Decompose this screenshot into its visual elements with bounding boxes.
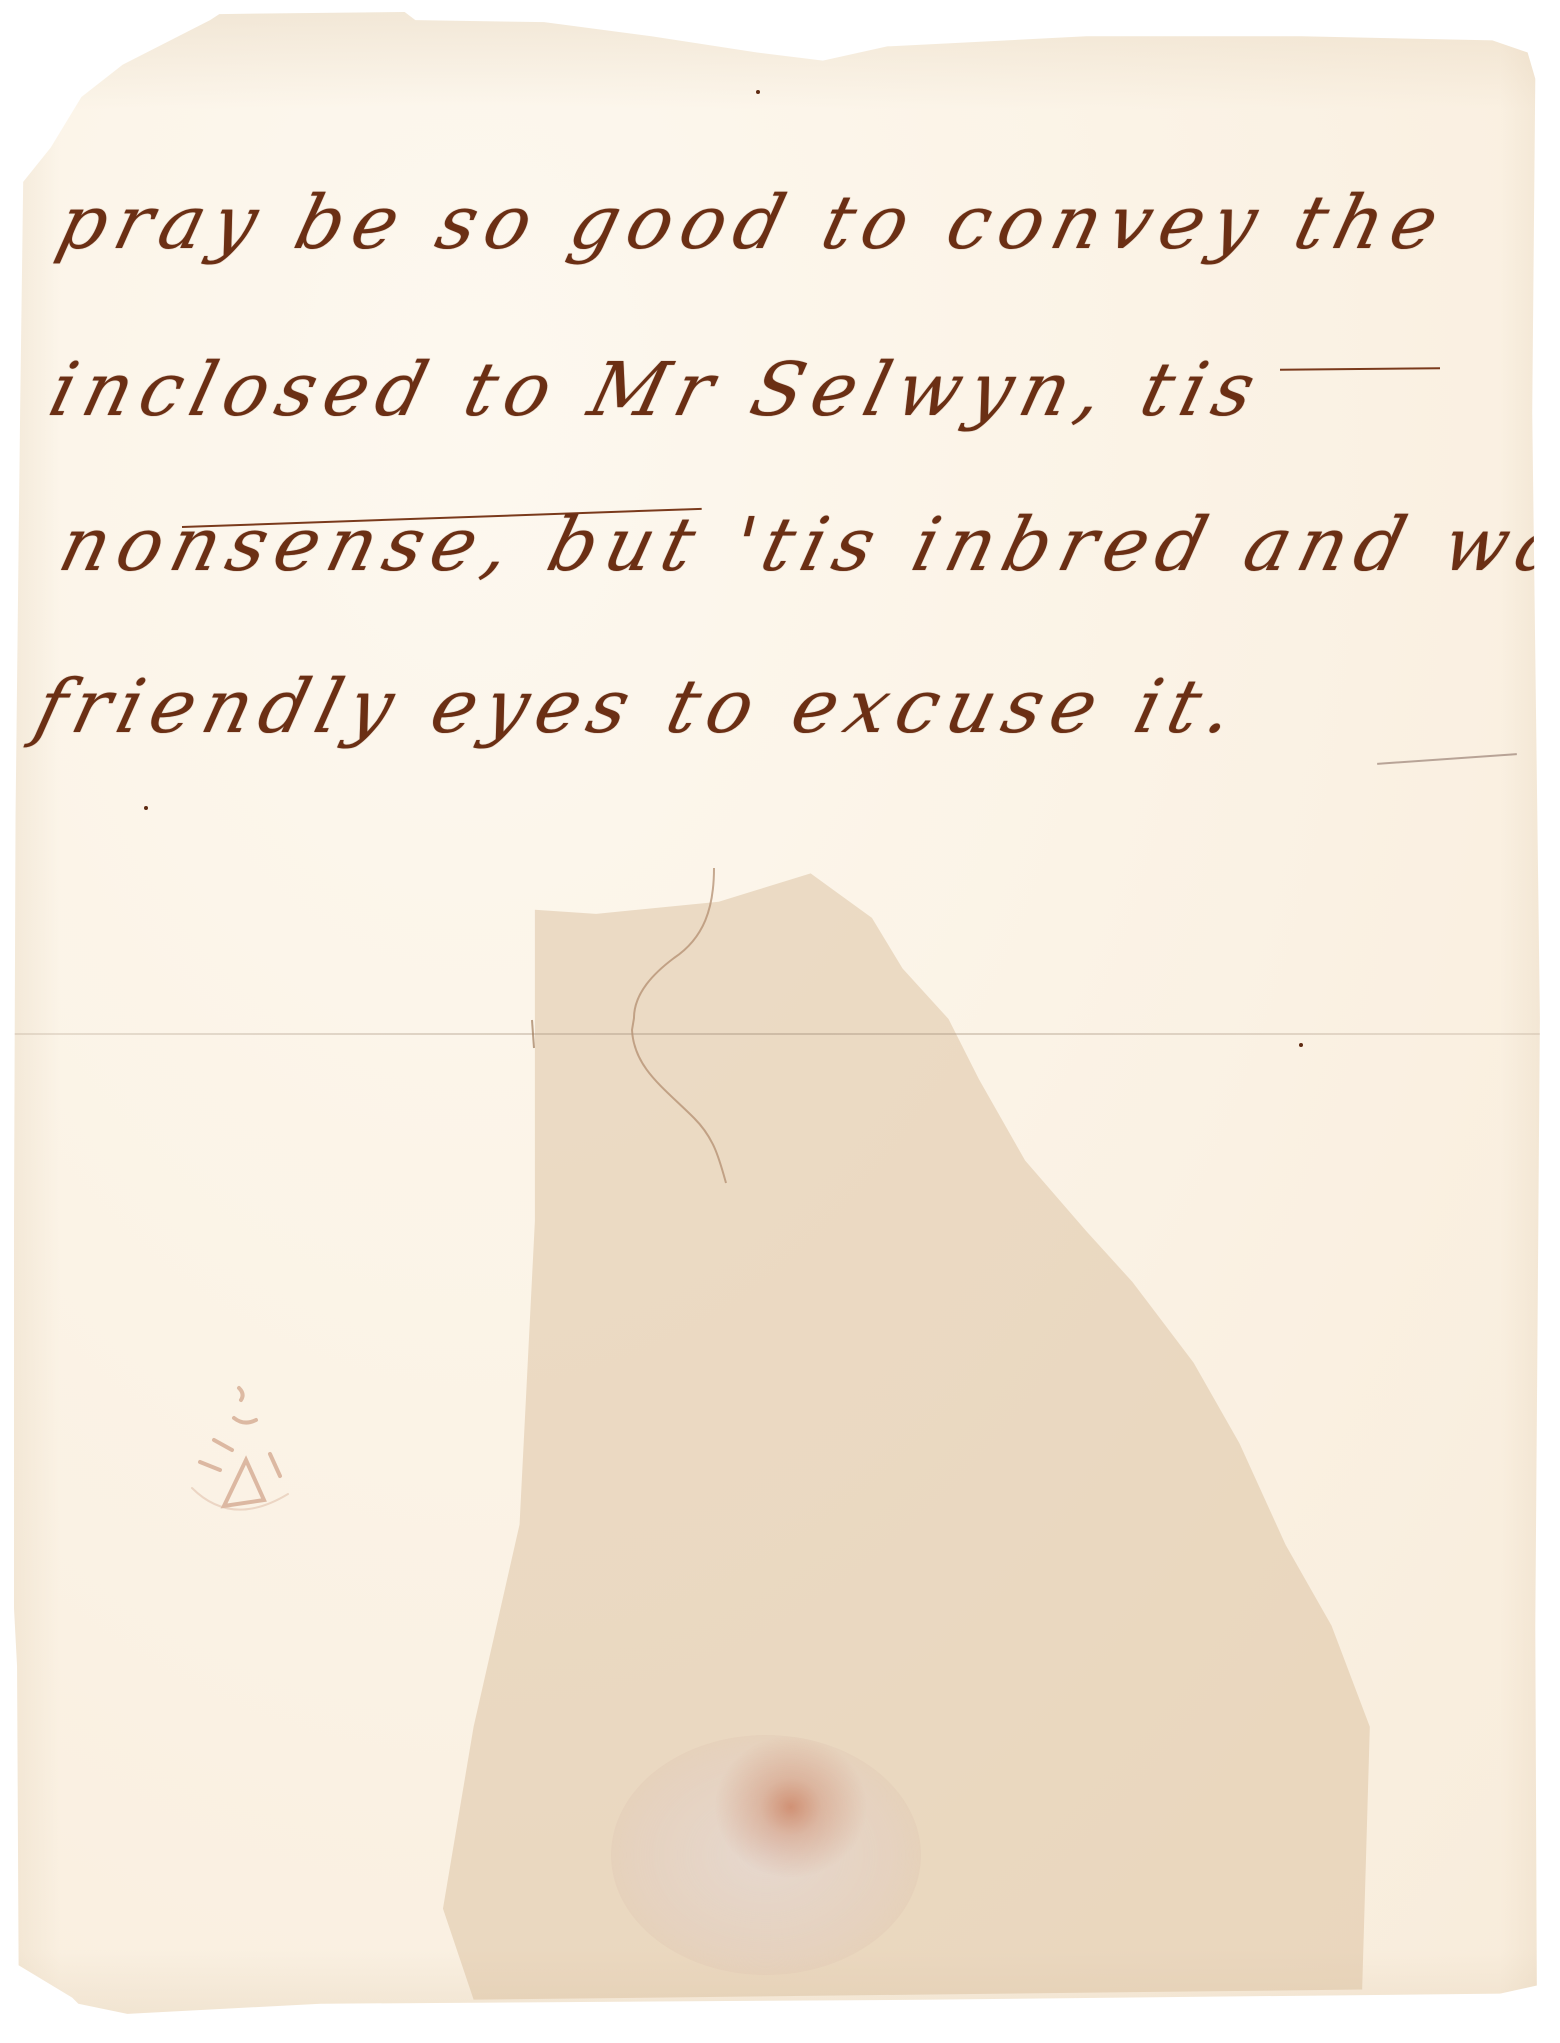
- triangle-stamp-icon: [184, 1378, 294, 1518]
- ink-speck: [1299, 1043, 1303, 1047]
- ink-speck: [144, 806, 148, 810]
- ink-speck: [756, 90, 760, 94]
- fold-crease: [14, 1033, 1546, 1035]
- letter-line-2: inclosed to Mr Selwyn, tis: [43, 353, 1271, 427]
- letter-line-1: pray be so good to convey the: [51, 186, 1454, 260]
- letter-line-4: friendly eyes to excuse it.: [29, 670, 1250, 744]
- letter-line-3: nonsense, but 'tis inbred and wants: [53, 508, 1560, 582]
- letter-sheet: pray be so good to convey the inclosed t…: [14, 8, 1546, 2030]
- wax-seal-residue: [611, 1735, 921, 1975]
